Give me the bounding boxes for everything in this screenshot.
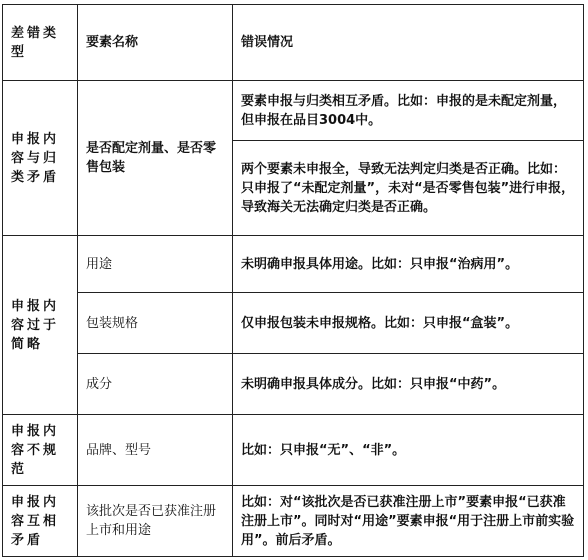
table-row: 申报内容与归类矛盾 是否配定剂量、是否零售包装 要素申报与归类相互矛盾。比如：申…	[3, 81, 584, 141]
error-type-cell: 申报内容过于简略	[3, 236, 78, 415]
error-type-cell: 申报内容与归类矛盾	[3, 81, 78, 236]
table-row: 申报内容不规范 品牌、型号 比如：只申报“无”、“非”。	[3, 415, 584, 486]
error-types-table: 差错类型 要素名称 错误情况 申报内容与归类矛盾 是否配定剂量、是否零售包装 要…	[2, 4, 584, 557]
error-detail-cell: 比如：对“该批次是否已获准注册上市”要素申报“已获准注册上市”。同时对“用途”要…	[233, 486, 584, 557]
table-row: 包装规格 仅申报包装未申报规格。比如：只申报“盒装”。	[3, 293, 584, 354]
element-name-cell: 成分	[78, 354, 233, 415]
error-detail-cell: 比如：只申报“无”、“非”。	[233, 415, 584, 486]
table-row: 申报内容互相矛盾 该批次是否已获准注册上市和用途 比如：对“该批次是否已获准注册…	[3, 486, 584, 557]
header-error-type: 差错类型	[3, 5, 78, 81]
error-detail-cell: 要素申报与归类相互矛盾。比如：申报的是未配定剂量，但申报在品目3004中。	[233, 81, 584, 141]
header-error-detail: 错误情况	[233, 5, 584, 81]
element-name-cell: 包装规格	[78, 293, 233, 354]
element-name-cell: 是否配定剂量、是否零售包装	[78, 81, 233, 236]
table-row: 申报内容过于简略 用途 未明确申报具体用途。比如：只申报“治病用”。	[3, 236, 584, 293]
element-name-cell: 该批次是否已获准注册上市和用途	[78, 486, 233, 557]
element-name-cell: 品牌、型号	[78, 415, 233, 486]
error-detail-cell: 两个要素未申报全，导致无法判定归类是否正确。比如：只申报了“未配定剂量”，未对“…	[233, 141, 584, 236]
error-detail-cell: 仅申报包装未申报规格。比如：只申报“盒装”。	[233, 293, 584, 354]
error-detail-cell: 未明确申报具体用途。比如：只申报“治病用”。	[233, 236, 584, 293]
error-type-cell: 申报内容互相矛盾	[3, 486, 78, 557]
table-row: 成分 未明确申报具体成分。比如：只申报“中药”。	[3, 354, 584, 415]
element-name-cell: 用途	[78, 236, 233, 293]
error-detail-cell: 未明确申报具体成分。比如：只申报“中药”。	[233, 354, 584, 415]
header-row: 差错类型 要素名称 错误情况	[3, 5, 584, 81]
header-element-name: 要素名称	[78, 5, 233, 81]
error-type-cell: 申报内容不规范	[3, 415, 78, 486]
